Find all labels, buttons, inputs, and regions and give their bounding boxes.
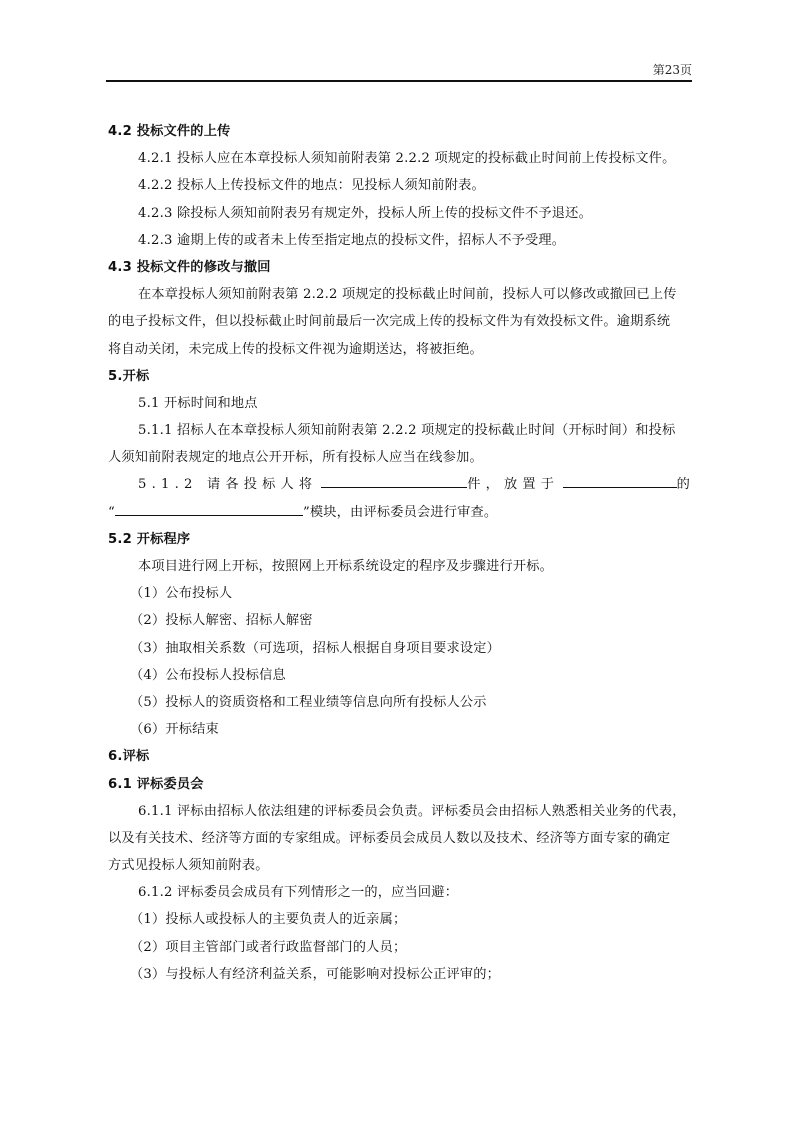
clause-5-1-2-close: ”模块，由评标委员会进行审查。 (303, 499, 497, 526)
clause-6-1-2: 6.1.2 评标委员会成员有下列情形之一的，应当回避： (108, 879, 690, 906)
fill-blank-document-name[interactable] (321, 472, 467, 488)
clause-6-1-1-line-3: 方式见投标人须知前附表。 (108, 852, 690, 879)
clause-5-1-1-line-2: 人须知前附表规定的地点公开开标，所有投标人应当在线参加。 (108, 444, 690, 471)
para-4-3-line-2: 的电子投标文件，但以投标截止时间前最后一次完成上传的投标文件为有效投标文件。逾期… (108, 308, 690, 335)
clause-5-1-2-prefix: 5.1.2 请各投标人将 (138, 471, 317, 498)
clause-4-2-1: 4.2.1 投标人应在本章投标人须知前附表第 2.2.2 项规定的投标截止时间前… (108, 145, 690, 172)
page-header: 第23页 (106, 60, 692, 80)
para-4-3-line-1: 在本章投标人须知前附表第 2.2.2 项规定的投标截止时间前，投标人可以修改或撤… (108, 281, 690, 308)
clause-5-1-2-line-2: “ ”模块，由评标委员会进行审查。 (108, 499, 690, 526)
opening-step-3: （3）抽取相关系数（可选项，招标人根据自身项目要求设定） (108, 635, 690, 662)
clause-6-1-1-line-1: 6.1.1 评标由招标人依法组建的评标委员会负责。评标委员会由招标人熟悉相关业务… (108, 798, 690, 825)
section-heading-4-3: 4.3 投标文件的修改与撤回 (108, 254, 690, 281)
avoid-item-2: （2）项目主管部门或者行政监督部门的人员； (108, 934, 690, 961)
opening-step-2: （2）投标人解密、招标人解密 (108, 607, 690, 634)
section-heading-4-2: 4.2 投标文件的上传 (108, 118, 690, 145)
clause-4-2-3b: 4.2.3 逾期上传的或者未上传至指定地点的投标文件，招标人不予受理。 (108, 227, 690, 254)
section-heading-6: 6.评标 (108, 743, 690, 770)
avoid-item-3: （3）与投标人有经济利益关系，可能影响对投标公正评审的； (108, 961, 690, 988)
clause-5-1-2-suffix: 的 (677, 471, 690, 498)
clause-5-1-1-line-1: 5.1.1 招标人在本章投标人须知前附表第 2.2.2 项规定的投标截止时间（开… (108, 417, 690, 444)
fill-blank-platform[interactable] (563, 472, 676, 488)
clause-4-2-2: 4.2.2 投标人上传投标文件的地点：见投标人须知前附表。 (108, 172, 690, 199)
section-heading-5-2: 5.2 开标程序 (108, 526, 690, 553)
section-heading-6-1: 6.1 评标委员会 (108, 771, 690, 798)
clause-4-2-3: 4.2.3 除投标人须知前附表另有规定外，投标人所上传的投标文件不予退还。 (108, 200, 690, 227)
avoid-item-1: （1）投标人或投标人的主要负责人的近亲属； (108, 906, 690, 933)
para-4-3-line-3: 将自动关闭，未完成上传的投标文件视为逾期送达，将被拒绝。 (108, 336, 690, 363)
clause-5-1-2-line-1: 5.1.2 请各投标人将 件，放置于 的 (108, 471, 690, 498)
clause-5-1-2-mid: 件，放置于 (467, 471, 559, 498)
page-number: 第23页 (653, 62, 692, 78)
header-rule (106, 80, 692, 82)
open-quote: “ (108, 499, 115, 526)
fill-blank-module[interactable] (115, 500, 303, 516)
clause-5-1: 5.1 开标时间和地点 (108, 390, 690, 417)
clause-6-1-1-line-2: 以及有关技术、经济等方面的专家组成。评标委员会成员人数以及技术、经济等方面专家的… (108, 825, 690, 852)
opening-step-1: （1）公布投标人 (108, 580, 690, 607)
opening-step-4: （4）公布投标人投标信息 (108, 662, 690, 689)
section-heading-5: 5.开标 (108, 363, 690, 390)
opening-step-6: （6）开标结束 (108, 716, 690, 743)
para-5-2-intro: 本项目进行网上开标，按照网上开标系统设定的程序及步骤进行开标。 (108, 553, 690, 580)
document-body: 4.2 投标文件的上传 4.2.1 投标人应在本章投标人须知前附表第 2.2.2… (108, 118, 690, 988)
opening-step-5: （5）投标人的资质资格和工程业绩等信息向所有投标人公示 (108, 689, 690, 716)
